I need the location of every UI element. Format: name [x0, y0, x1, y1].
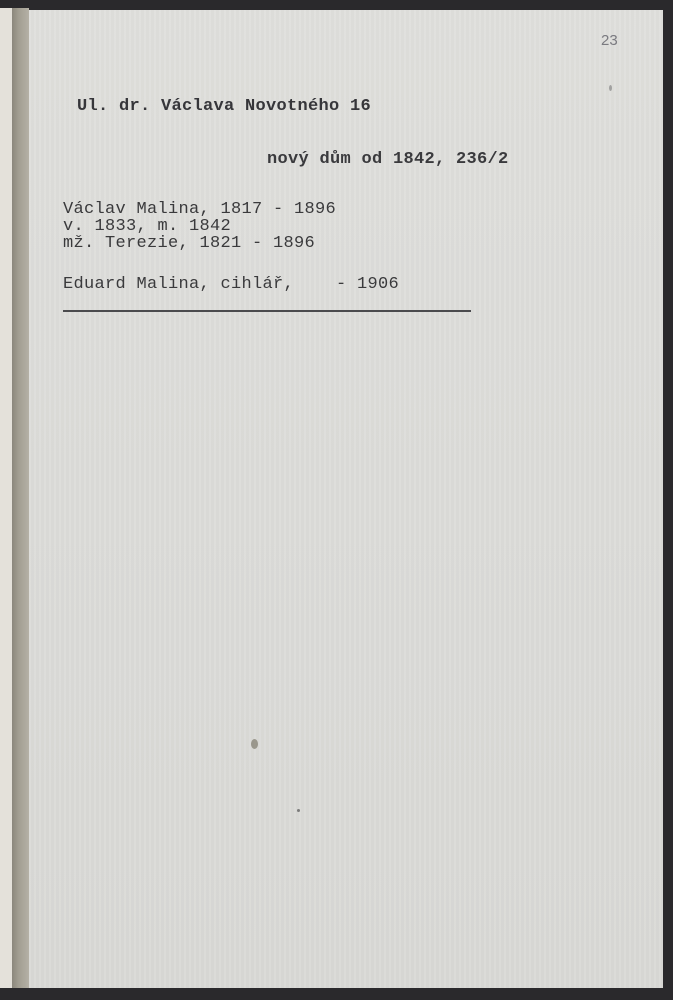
page-number: 23: [601, 32, 618, 49]
paper-speck: [609, 85, 612, 91]
address-heading: Ul. dr. Václava Novotného 16: [77, 98, 371, 115]
scanned-page: 23 Ul. dr. Václava Novotného 16 nový dům…: [0, 0, 673, 1000]
house-note: nový dům od 1842, 236/2: [267, 151, 509, 168]
card-shadow: [12, 8, 29, 988]
record-line: Eduard Malina, cihlář, - 1906: [63, 276, 399, 293]
record-line: v. 1833, m. 1842: [63, 218, 231, 235]
paper-speck: [297, 809, 300, 812]
adjacent-card-edge: [0, 8, 12, 988]
typed-divider-line: [63, 310, 471, 312]
paper-stain: [251, 739, 258, 749]
record-line: mž. Terezie, 1821 - 1896: [63, 235, 315, 252]
record-line: Václav Malina, 1817 - 1896: [63, 201, 336, 218]
